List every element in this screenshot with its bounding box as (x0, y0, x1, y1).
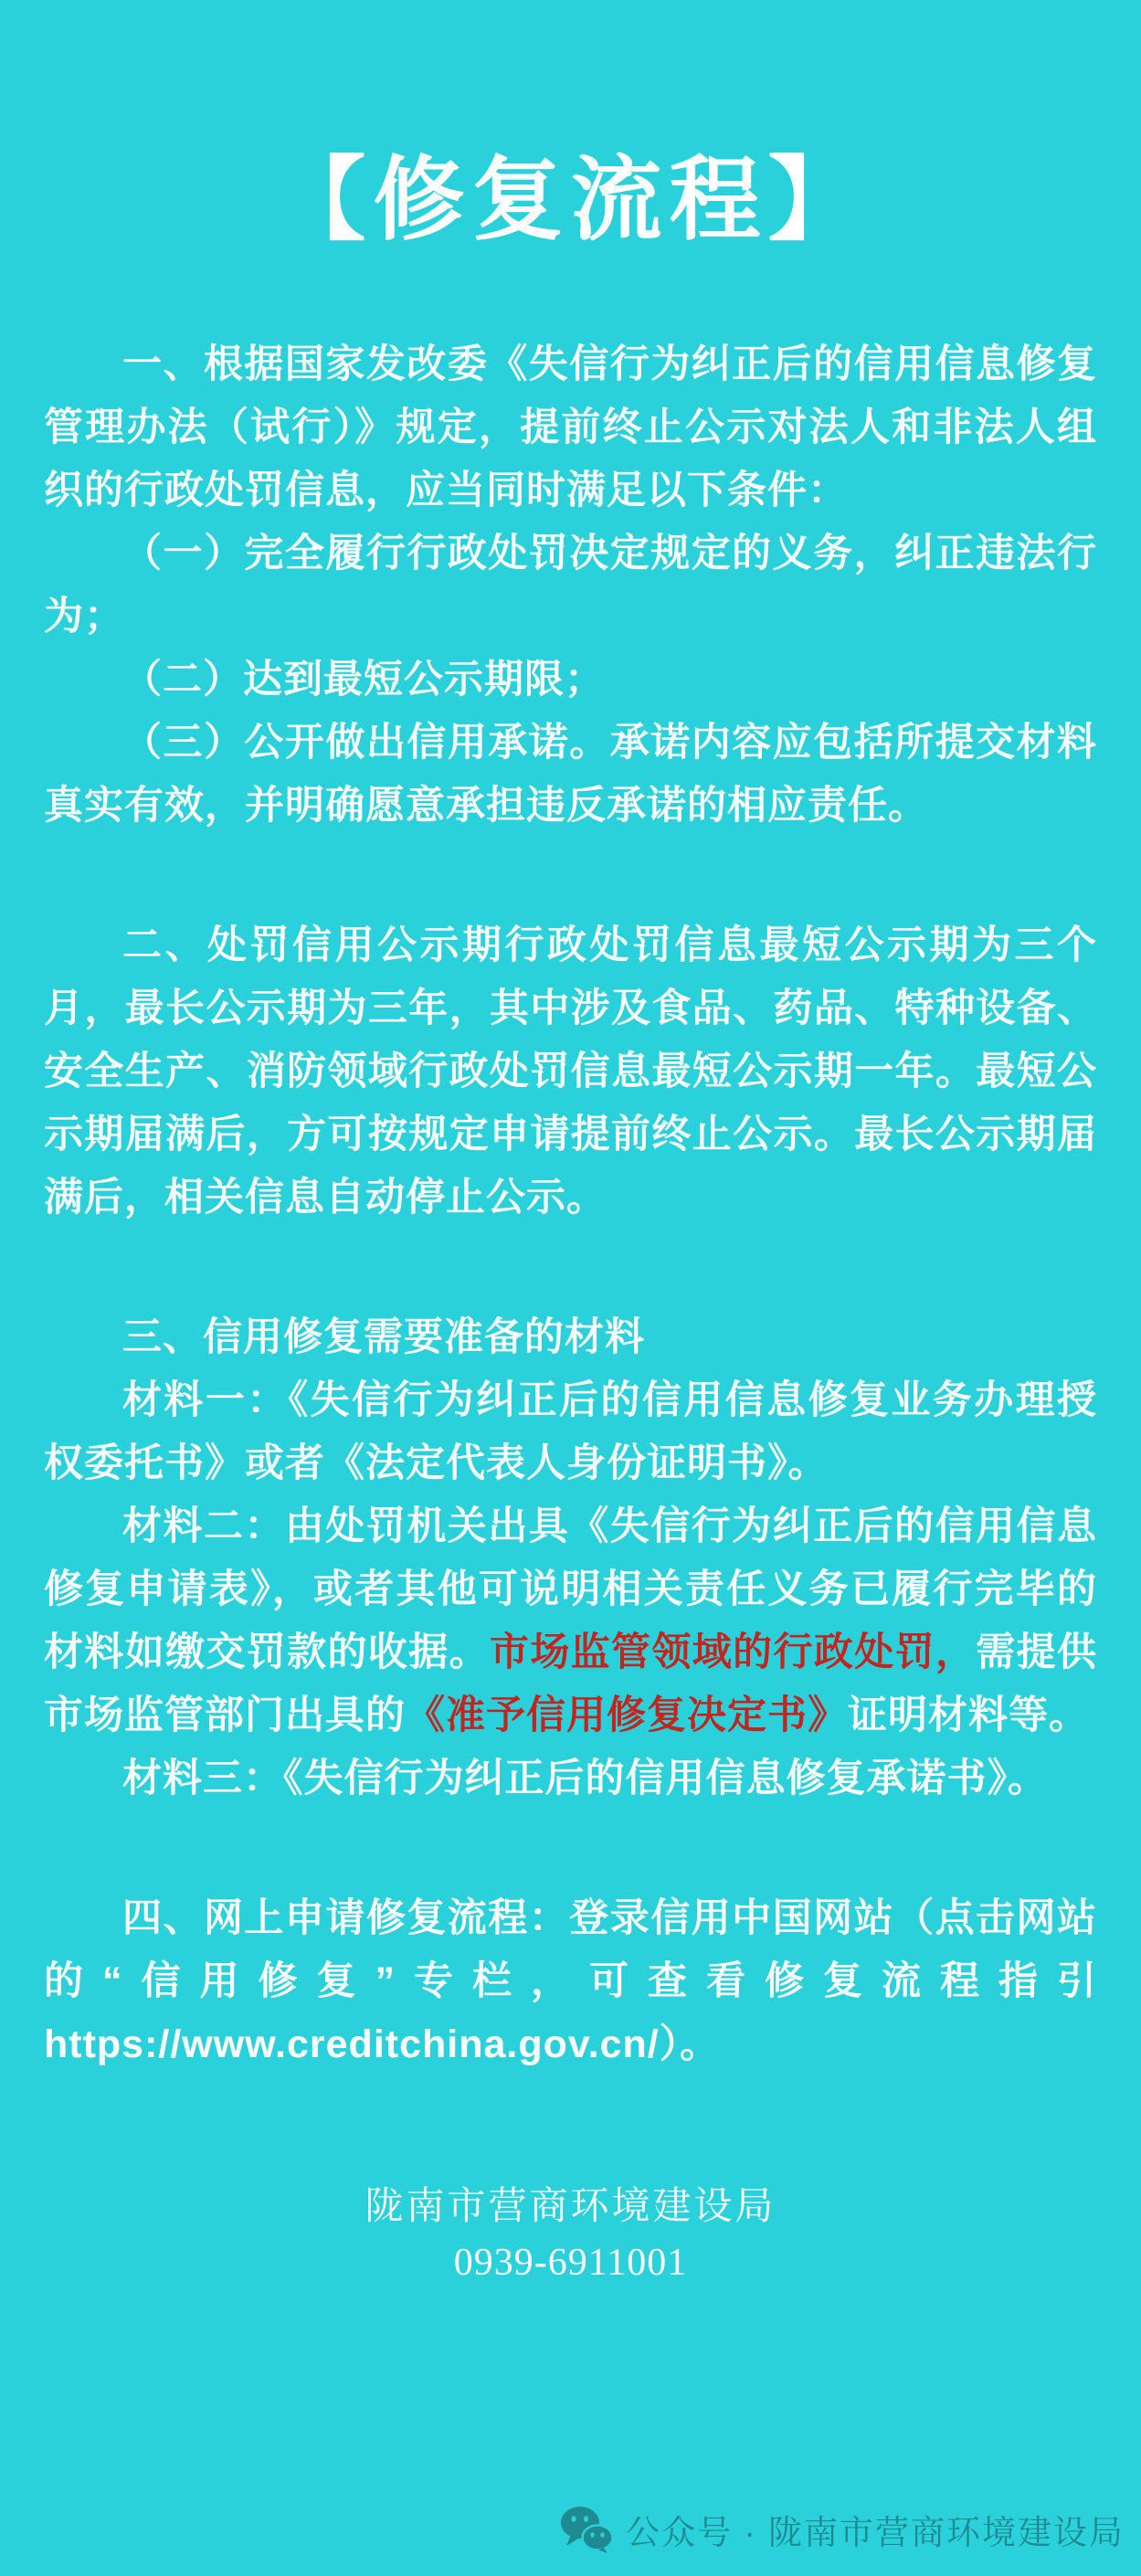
paragraph-s3-material2: 材料二：由处罚机关出具《失信行为纠正后的信用信息修复申请表》，或者其他可说明相关… (44, 1495, 1097, 1747)
highlight-red: 市场监管领域的行政处罚， (490, 1631, 976, 1674)
page-title: 【修复流程】 (0, 0, 1141, 249)
paragraph-s4: 四、网上申请修复流程：登录信用中国网站（点击网站的“信用修复”专栏，可查看修复流… (44, 1887, 1097, 2076)
paragraph-s2: 二、处罚信用公示期行政处罚信息最短公示期为三个月，最长公示期为三年，其中涉及食品… (44, 914, 1097, 1230)
paragraph-s3-heading: 三、信用修复需要准备的材料 (44, 1306, 1097, 1369)
wechat-icon (560, 2506, 613, 2553)
highlight-red: 《准予信用修复决定书》 (406, 1694, 848, 1737)
paragraph-s3-material3: 材料三：《失信行为纠正后的信用信息修复承诺书》。 (44, 1747, 1097, 1811)
footer-org-name: 陇南市营商环境建设局 (0, 2179, 1141, 2233)
wechat-watermark: 公众号 · 陇南市营商环境建设局 (560, 2505, 1125, 2554)
paragraph-s1-item1: （一）完全履行行政处罚决定规定的义务，纠正违法行为； (44, 523, 1097, 649)
material2-text: 证明材料等。 (848, 1694, 1089, 1737)
paragraph-s3-material1: 材料一：《失信行为纠正后的信用信息修复业务办理授权委托书》或者《法定代表人身份证… (44, 1369, 1097, 1495)
poster-page: 【修复流程】 一、根据国家发改委《失信行为纠正后的信用信息修复管理办法（试行）》… (0, 0, 1141, 2576)
poster-body: 一、根据国家发改委《失信行为纠正后的信用信息修复管理办法（试行）》规定，提前终止… (44, 333, 1097, 2076)
watermark-label: 公众号 · 陇南市营商环境建设局 (626, 2505, 1125, 2554)
poster-footer: 陇南市营商环境建设局 0939-6911001 (0, 2179, 1141, 2286)
paragraph-s1-item3: （三）公开做出信用承诺。承诺内容应包括所提交材料真实有效，并明确愿意承担违反承诺… (44, 712, 1097, 838)
paragraph-s1-item2: （二）达到最短公示期限； (44, 649, 1097, 712)
footer-phone: 0939-6911001 (0, 2239, 1141, 2286)
paragraph-s1-intro: 一、根据国家发改委《失信行为纠正后的信用信息修复管理办法（试行）》规定，提前终止… (44, 333, 1097, 523)
